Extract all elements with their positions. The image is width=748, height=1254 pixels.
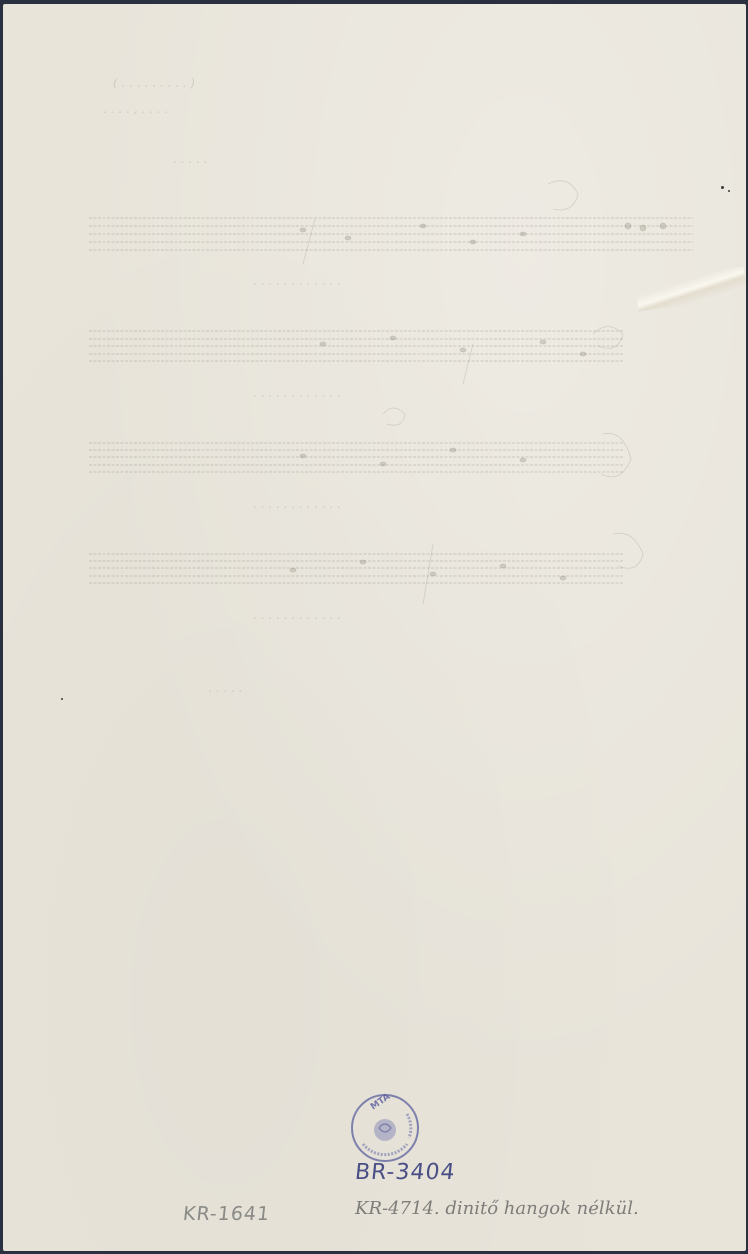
bleed-text-line: . . . . . . . . . . . . [253, 386, 341, 400]
bleed-text-line: . . . . . . . . . . . . [253, 274, 341, 288]
library-seal-icon: MTA [349, 1092, 421, 1164]
bleed-text-line: . . . . . . . . . . . . [253, 608, 341, 622]
scan-background: ( . . . . . . . . . ) . . . . , . . . . … [0, 0, 748, 1254]
bleed-text-line: . . . . . [173, 152, 207, 166]
manuscript-page: ( . . . . . . . . . ) . . . . , . . . . … [3, 4, 746, 1251]
speck [721, 186, 724, 189]
bleed-text-line: . . . . . [208, 681, 242, 695]
bleed-text-line: . . . . , . . . . [103, 102, 168, 116]
speck [61, 698, 63, 700]
bleed-text-line: . . . . . . . . . . . . [253, 497, 341, 511]
catalog-kr-right-line: KR-4714. dinitő hangok nélkül. [355, 1198, 639, 1219]
library-stamp: MTA [349, 1092, 421, 1164]
catalog-note: dinitő hangok nélkül. [445, 1198, 638, 1219]
catalog-kr-right: KR-4714. [355, 1198, 440, 1219]
staves-graphic [3, 4, 746, 764]
bleed-through-music [3, 4, 746, 764]
catalog-kr-left: KR-1641 [182, 1203, 271, 1225]
catalog-br-number: BR-3404 [354, 1160, 457, 1185]
speck [728, 190, 730, 192]
bleed-text-line: ( . . . . . . . . . ) [113, 76, 195, 90]
